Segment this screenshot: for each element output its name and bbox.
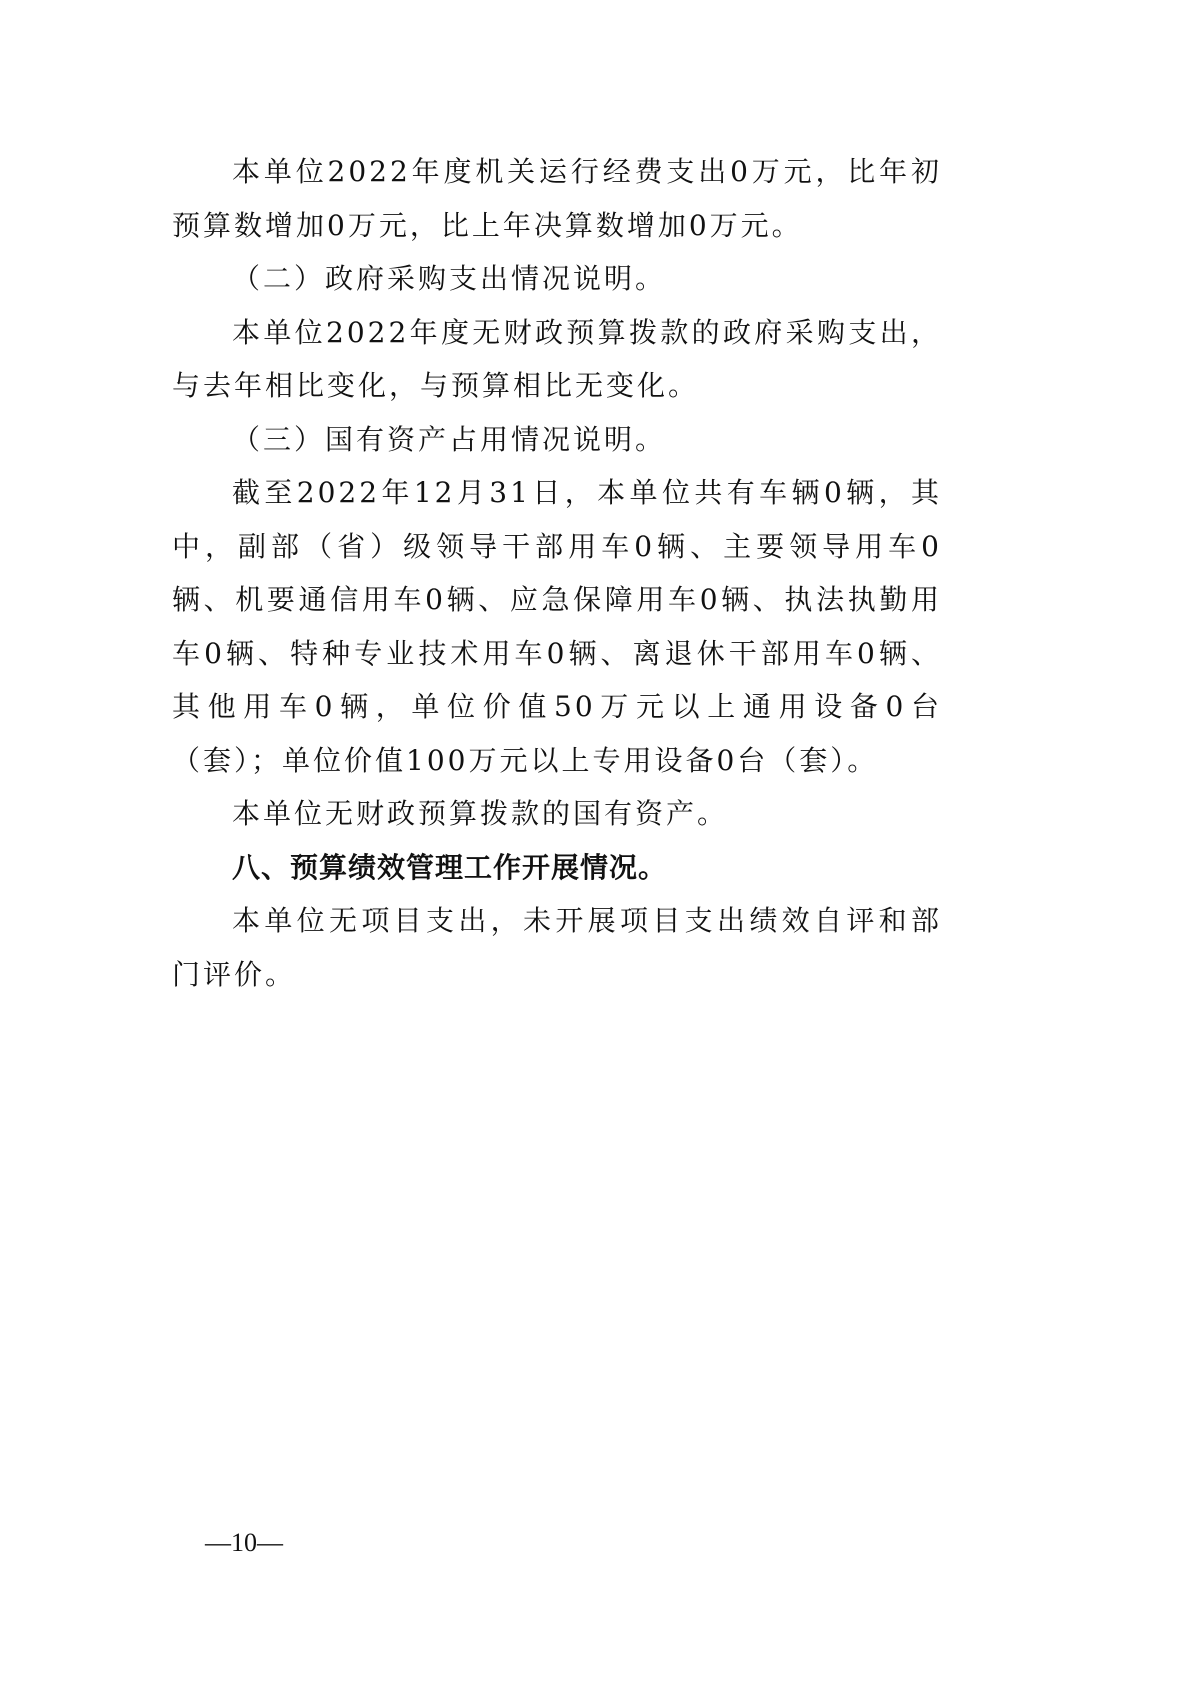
paragraph-performance-management: 本单位无项目支出，未开展项目支出绩效自评和部门评价。 [172, 894, 942, 1001]
paragraph-operating-expenses: 本单位2022年度机关运行经费支出0万元，比年初预算数增加0万元，比上年决算数增… [172, 145, 942, 252]
document-body: 本单位2022年度机关运行经费支出0万元，比年初预算数增加0万元，比上年决算数增… [172, 145, 942, 1001]
page-number: —10— [205, 1528, 283, 1558]
document-page: 本单位2022年度机关运行经费支出0万元，比年初预算数增加0万元，比上年决算数增… [0, 0, 1199, 1696]
paragraph-vehicles-equipment: 截至2022年12月31日，本单位共有车辆0辆，其中，副部（省）级领导干部用车0… [172, 466, 942, 787]
heading-performance-management: 八、预算绩效管理工作开展情况。 [172, 841, 942, 895]
paragraph-no-state-assets: 本单位无财政预算拨款的国有资产。 [172, 787, 942, 841]
subheading-government-procurement: （二）政府采购支出情况说明。 [172, 252, 942, 306]
paragraph-government-procurement: 本单位2022年度无财政预算拨款的政府采购支出，与去年相比变化，与预算相比无变化… [172, 306, 942, 413]
subheading-state-assets: （三）国有资产占用情况说明。 [172, 413, 942, 467]
